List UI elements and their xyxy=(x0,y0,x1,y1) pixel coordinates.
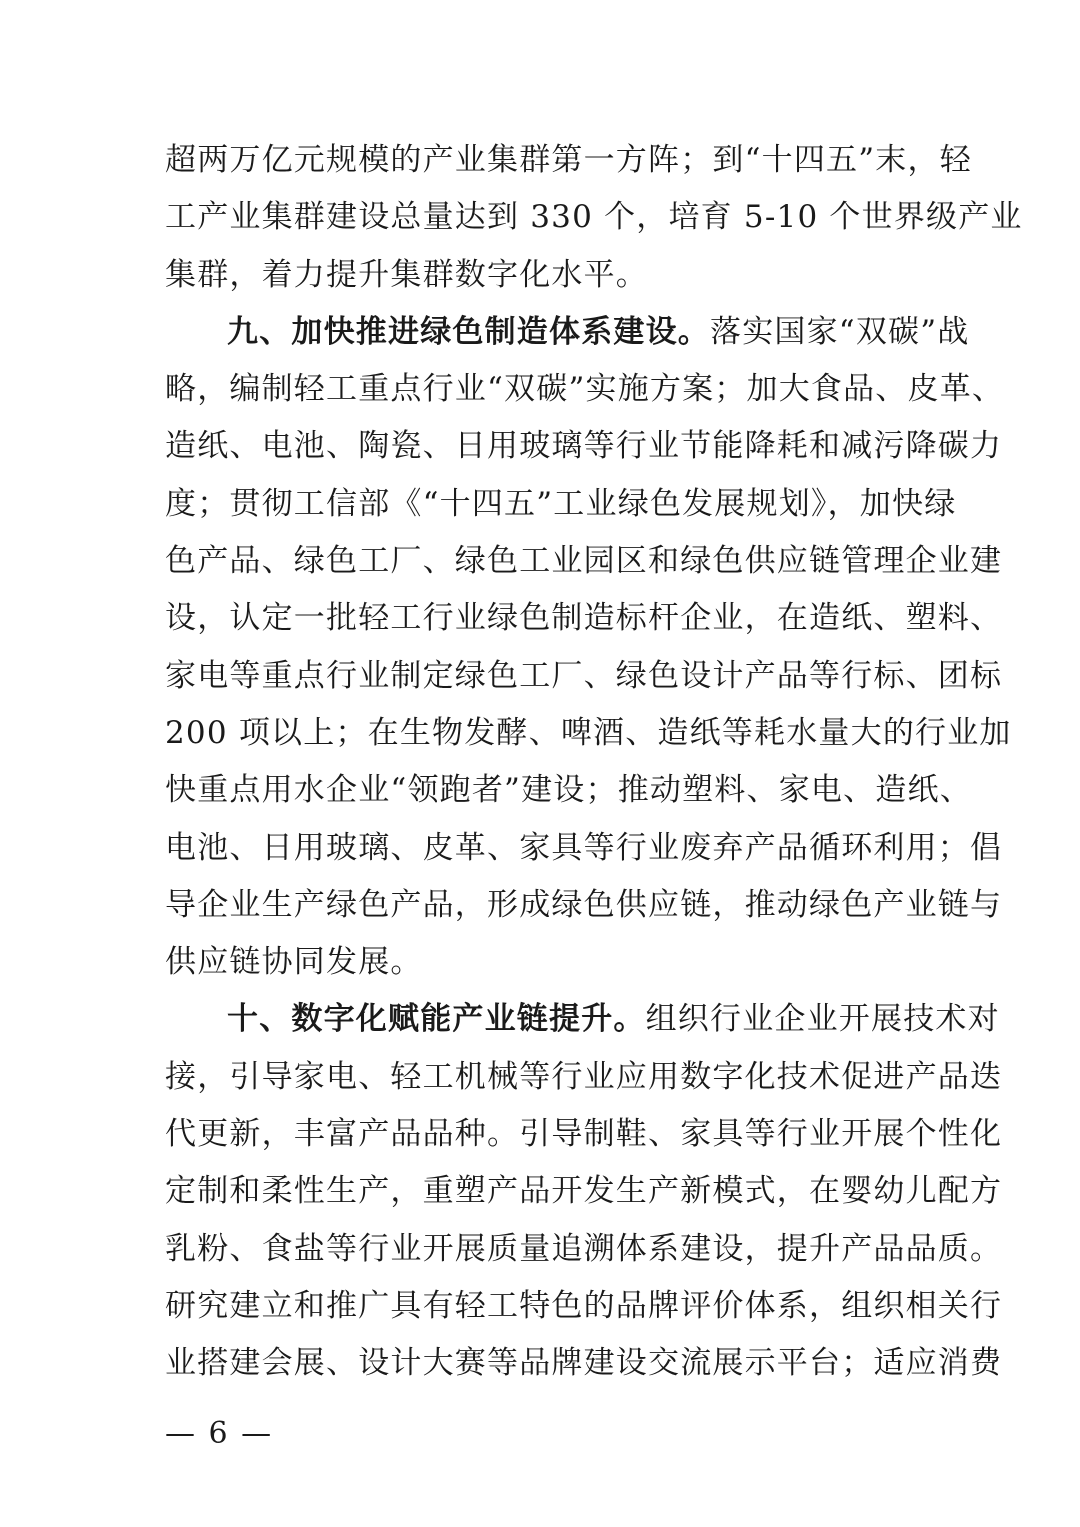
text-line: 十、数字化赋能产业链提升。组织行业企业开展技术对 xyxy=(165,991,917,1048)
document-page: 超两万亿元规模的产业集群第一方阵；到“十四五”末，轻 工产业集群建设总量达到 3… xyxy=(165,132,917,1393)
text-line: 乳粉、食盐等行业开展质量追溯体系建设，提升产品品质。 xyxy=(165,1221,917,1278)
text-line: 色产品、绿色工厂、绿色工业园区和绿色供应链管理企业建 xyxy=(165,533,917,590)
paragraph-section-9: 九、加快推进绿色制造体系建设。落实国家“双碳”战 略，编制轻工重点行业“双碳”实… xyxy=(165,304,917,992)
text-line: 略，编制轻工重点行业“双碳”实施方案；加大食品、皮革、 xyxy=(165,361,917,418)
text-line: 家电等重点行业制定绿色工厂、绿色设计产品等行标、团标 xyxy=(165,648,917,705)
text-run: 组织行业企业开展技术对 xyxy=(646,1001,1000,1037)
paragraph-section-10: 十、数字化赋能产业链提升。组织行业企业开展技术对 接，引导家电、轻工机械等行业应… xyxy=(165,991,917,1392)
text-line: 集群，着力提升集群数字化水平。 xyxy=(165,247,917,304)
text-line: 代更新，丰富产品品种。引导制鞋、家具等行业开展个性化 xyxy=(165,1106,917,1163)
text-line: 工产业集群建设总量达到 330 个，培育 5-10 个世界级产业 xyxy=(165,189,917,246)
text-line: 度；贯彻工信部《“十四五”工业绿色发展规划》，加快绿 xyxy=(165,476,917,533)
text-line: 定制和柔性生产，重塑产品开发生产新模式，在婴幼儿配方 xyxy=(165,1163,917,1220)
text-line: 导企业生产绿色产品，形成绿色供应链，推动绿色产业链与 xyxy=(165,877,917,934)
section-heading-9: 九、加快推进绿色制造体系建设。 xyxy=(227,314,710,350)
text-line: 接，引导家电、轻工机械等行业应用数字化技术促进产品迭 xyxy=(165,1049,917,1106)
text-line: 造纸、电池、陶瓷、日用玻璃等行业节能降耗和减污降碳力 xyxy=(165,418,917,475)
text-line: 电池、日用玻璃、皮革、家具等行业废弃产品循环利用；倡 xyxy=(165,820,917,877)
text-run: 落实国家“双碳”战 xyxy=(710,314,970,350)
text-line: 200 项以上；在生物发酵、啤酒、造纸等耗水量大的行业加 xyxy=(165,705,917,762)
section-heading-10: 十、数字化赋能产业链提升。 xyxy=(227,1001,646,1037)
text-line: 业搭建会展、设计大赛等品牌建设交流展示平台；适应消费 xyxy=(165,1335,917,1392)
text-line: 研究建立和推广具有轻工特色的品牌评价体系，组织相关行 xyxy=(165,1278,917,1335)
text-line: 超两万亿元规模的产业集群第一方阵；到“十四五”末，轻 xyxy=(165,132,917,189)
text-line: 快重点用水企业“领跑者”建设；推动塑料、家电、造纸、 xyxy=(165,762,917,819)
text-line: 九、加快推进绿色制造体系建设。落实国家“双碳”战 xyxy=(165,304,917,361)
text-line: 供应链协同发展。 xyxy=(165,934,917,991)
paragraph-continuation: 超两万亿元规模的产业集群第一方阵；到“十四五”末，轻 工产业集群建设总量达到 3… xyxy=(165,132,917,304)
text-line: 设，认定一批轻工行业绿色制造标杆企业，在造纸、塑料、 xyxy=(165,590,917,647)
page-number: — 6 — xyxy=(165,1416,273,1451)
